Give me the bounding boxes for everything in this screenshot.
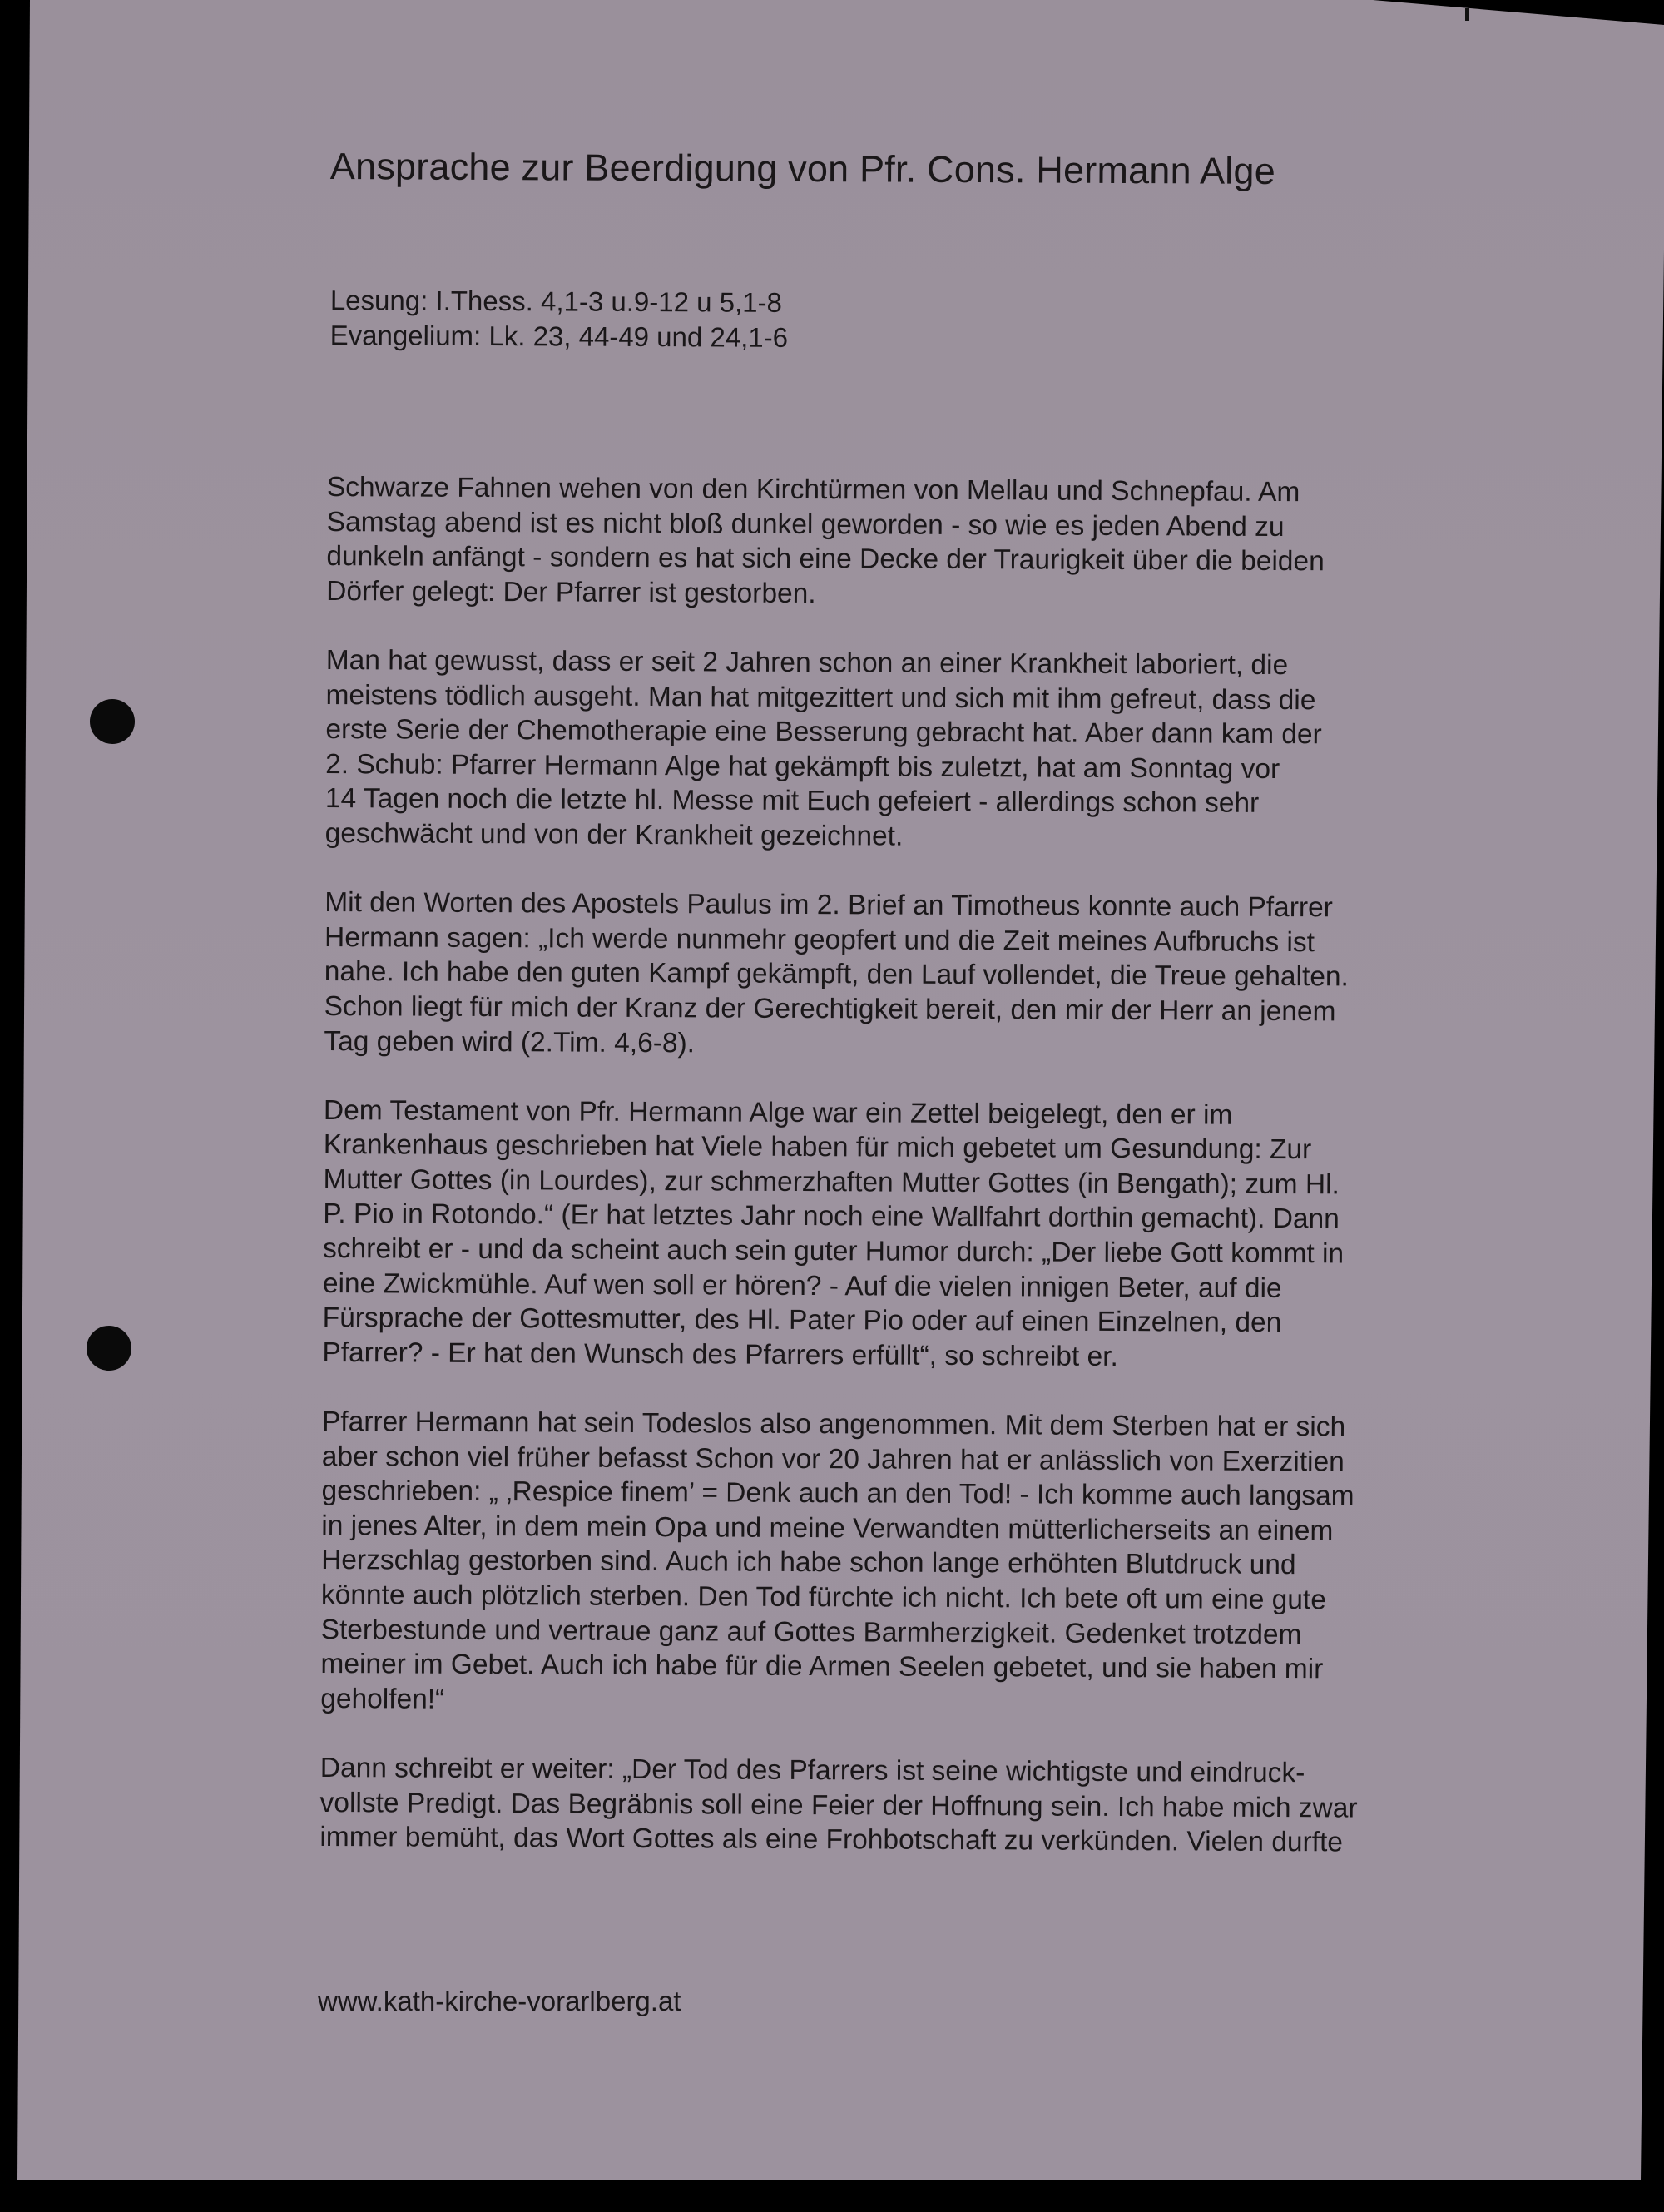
text-line: Fürsprache der Gottesmutter, des Hl. Pat… <box>323 1301 1504 1342</box>
text-line: meistens tödlich ausgeht. Man hat mitgez… <box>325 678 1507 719</box>
text-line: eine Zwickmühle. Auf wen soll er hören? … <box>323 1267 1504 1307</box>
reading-evangelium: Evangelium: Lk. 23, 44-49 und 24,1-6 <box>330 318 789 355</box>
text-line: Schon liegt für mich der Kranz der Gerec… <box>324 989 1506 1030</box>
text-line: Krankenhaus geschrieben hat Viele haben … <box>324 1128 1505 1168</box>
text-line: erste Serie der Chemotherapie eine Besse… <box>325 712 1507 753</box>
text-line: Tag geben wird (2.Tim. 4,6-8). <box>324 1024 1505 1064</box>
paragraph: Dann schreibt er weiter: „Der Tod des Pf… <box>319 1751 1502 1861</box>
text-line: meiner im Gebet. Auch ich habe für die A… <box>320 1647 1502 1688</box>
footer-website-url: www.kath-kirche-vorarlberg.at <box>318 1986 681 2017</box>
text-line: Dann schreibt er weiter: „Der Tod des Pf… <box>320 1751 1502 1792</box>
text-line: Mit den Worten des Apostels Paulus im 2.… <box>324 885 1506 926</box>
text-line: könnte auch plötzlich sterben. Den Tod f… <box>321 1578 1503 1619</box>
paragraph: Pfarrer Hermann hat sein Todeslos also a… <box>320 1405 1503 1723</box>
text-line: geschwächt und von der Krankheit gezeich… <box>325 816 1507 857</box>
text-line: Hermann sagen: „Ich werde nunmehr geopfe… <box>324 920 1506 961</box>
paragraph: Mit den Worten des Apostels Paulus im 2.… <box>324 885 1506 1064</box>
text-line: in jenes Alter, in dem mein Opa und mein… <box>321 1509 1503 1550</box>
paragraph: Dem Testament von Pfr. Hermann Alge war … <box>322 1094 1505 1376</box>
sermon-body: Schwarze Fahnen wehen von den Kirchtürme… <box>319 470 1508 1896</box>
text-line: Sterbestunde und vertraue ganz auf Gotte… <box>321 1613 1503 1654</box>
text-line: Samstag abend ist es nicht bloß dunkel g… <box>327 505 1508 546</box>
edge-mark <box>1465 8 1469 21</box>
text-line: 14 Tagen noch die letzte hl. Messe mit E… <box>325 781 1507 822</box>
text-line: immer bemüht, das Wort Gottes als eine F… <box>319 1820 1501 1861</box>
text-line: Schwarze Fahnen wehen von den Kirchtürme… <box>327 470 1508 511</box>
text-line: Pfarrer Hermann hat sein Todeslos also a… <box>322 1405 1503 1446</box>
paragraph: Schwarze Fahnen wehen von den Kirchtürme… <box>326 470 1508 615</box>
text-line: Mutter Gottes (in Lourdes), zur schmerzh… <box>323 1163 1504 1203</box>
text-line: vollste Predigt. Das Begräbnis soll eine… <box>320 1786 1502 1827</box>
text-line: dunkeln anfängt - sondern es hat sich ei… <box>326 539 1508 580</box>
text-line: geschrieben: „ ‚Respice finem’ = Denk au… <box>321 1474 1503 1515</box>
punch-hole-icon <box>90 699 135 744</box>
text-line: Dörfer gelegt: Der Pfarrer ist gestorben… <box>326 574 1508 615</box>
text-line: P. Pio in Rotondo.“ (Er hat letztes Jahr… <box>323 1197 1504 1237</box>
text-line: Herzschlag gestorben sind. Auch ich habe… <box>321 1543 1503 1584</box>
paragraph: Man hat gewusst, dass er seit 2 Jahren s… <box>325 643 1508 857</box>
text-line: Pfarrer? - Er hat den Wunsch des Pfarrer… <box>322 1336 1503 1376</box>
text-line: 2. Schub: Pfarrer Hermann Alge hat gekäm… <box>325 747 1507 788</box>
text-line: schreibt er - und da scheint auch sein g… <box>323 1232 1504 1272</box>
document-title: Ansprache zur Beerdigung von Pfr. Cons. … <box>330 145 1275 193</box>
readings-block: Lesung: I.Thess. 4,1-3 u.9-12 u 5,1-8 Ev… <box>330 283 789 355</box>
text-line: geholfen!“ <box>320 1682 1502 1723</box>
text-line: nahe. Ich habe den guten Kampf gekämpft,… <box>324 955 1506 995</box>
reading-lesung: Lesung: I.Thess. 4,1-3 u.9-12 u 5,1-8 <box>330 283 789 320</box>
text-line: aber schon viel früher befasst Schon vor… <box>322 1440 1503 1480</box>
text-line: Dem Testament von Pfr. Hermann Alge war … <box>324 1094 1505 1134</box>
text-line: Man hat gewusst, dass er seit 2 Jahren s… <box>326 643 1508 684</box>
punch-hole-icon <box>87 1326 131 1371</box>
